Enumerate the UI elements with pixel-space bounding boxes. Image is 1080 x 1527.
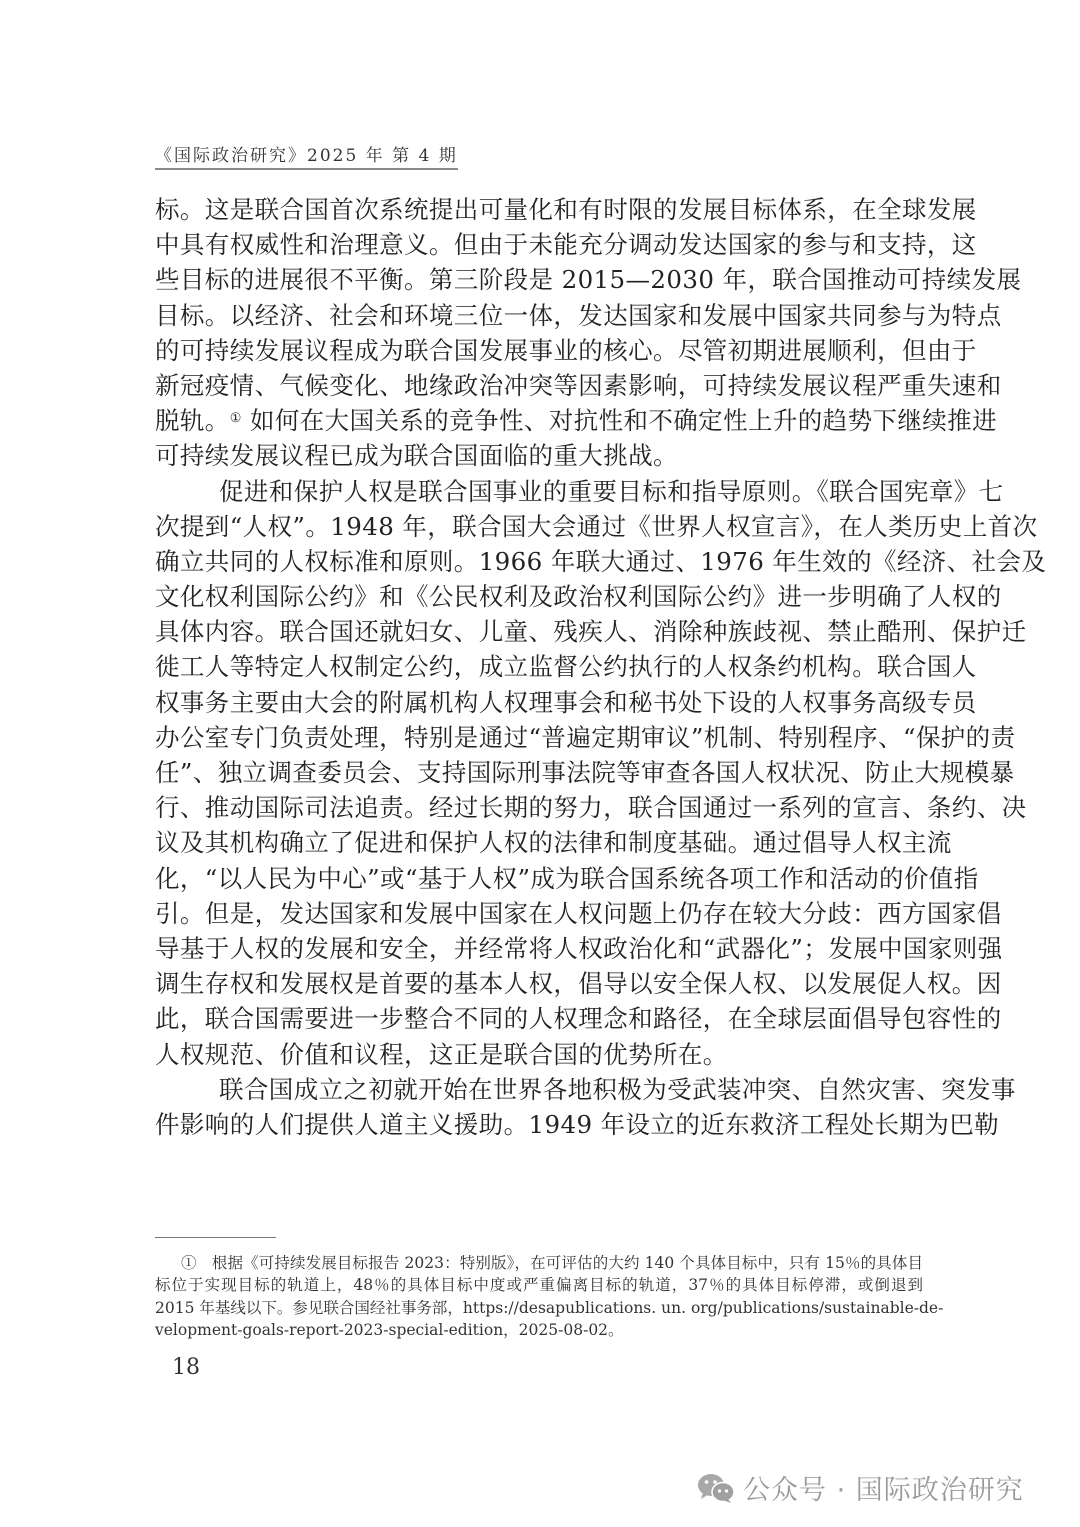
text-line: 的可持续发展议程成为联合国发展事业的核心。尽管初期进展顺利，但由于 xyxy=(155,333,923,368)
page-number: 18 xyxy=(172,1355,200,1380)
text-line: 文化权利国际公约》和《公民权利及政治权利国际公约》进一步明确了人权的 xyxy=(155,579,923,614)
text-line-with-footnote: 脱轨。① 如何在大国关系的竞争性、对抗性和不确定性上升的趋势下继续推进 xyxy=(155,403,923,438)
text-line: 人权规范、价值和议程，这正是联合国的优势所在。 xyxy=(155,1037,923,1072)
footnote-reference[interactable]: ① xyxy=(230,411,242,426)
text-line: 行、推动国际司法追责。经过长期的努力，联合国通过一系列的宣言、条约、决 xyxy=(155,790,923,825)
wechat-icon xyxy=(697,1473,735,1503)
text-line: 调生存权和发展权是首要的基本人权，倡导以安全保人权、以发展促人权。因 xyxy=(155,966,923,1001)
text-line: 办公室专门负责处理，特别是通过“普遍定期审议”机制、特别程序、“保护的责 xyxy=(155,720,923,755)
watermark-text: 公众号 · 国际政治研究 xyxy=(743,1468,1024,1507)
wechat-watermark: 公众号 · 国际政治研究 xyxy=(697,1468,1024,1507)
text-line: 引。但是，发达国家和发展中国家在人权问题上仍存在较大分歧：西方国家倡 xyxy=(155,896,923,931)
text-line: 中具有权威性和治理意义。但由于未能充分调动发达国家的参与和支持，这 xyxy=(155,227,923,262)
text-line: 些目标的进展很不平衡。第三阶段是 2015—2030 年，联合国推动可持续发展 xyxy=(155,262,923,297)
text-line: 新冠疫情、气候变化、地缘政治冲突等因素影响，可持续发展议程严重失速和 xyxy=(155,368,923,403)
footnote-line: ① 根据《可持续发展目标报告 2023：特别版》，在可评估的大约 140 个具体… xyxy=(155,1252,923,1274)
text-line: 次提到“人权”。1948 年，联合国大会通过《世界人权宣言》，在人类历史上首次 xyxy=(155,509,923,544)
text-line: 导基于人权的发展和安全，并经常将人权政治化和“武器化”；发展中国家则强 xyxy=(155,931,923,966)
running-header: 《国际政治研究》2025 年 第 4 期 xyxy=(155,146,458,170)
text-line: 任”、独立调查委员会、支持国际刑事法院等审查各国人权状况、防止大规模暴 xyxy=(155,755,923,790)
paragraph-sustainable-development: 标。这是联合国首次系统提出可量化和有时限的发展目标体系，在全球发展 中具有权威性… xyxy=(155,192,923,474)
text-line: 可持续发展议程已成为联合国面临的重大挑战。 xyxy=(155,438,923,473)
text-line: 确立共同的人权标准和原则。1966 年联大通过、1976 年生效的《经济、社会及 xyxy=(155,544,923,579)
footnotes: ① 根据《可持续发展目标报告 2023：特别版》，在可评估的大约 140 个具体… xyxy=(155,1252,923,1341)
text-line: 联合国成立之初就开始在世界各地积极为受武装冲突、自然灾害、突发事 xyxy=(155,1072,923,1107)
text-line: 化，“以人民为中心”或“基于人权”成为联合国系统各项工作和活动的价值指 xyxy=(155,861,923,896)
footnote-line: 2015 年基线以下。参见联合国经社事务部，https://desapublic… xyxy=(155,1297,923,1319)
journal-issue-title: 《国际政治研究》2025 年 第 4 期 xyxy=(155,146,458,166)
text-line: 具体内容。联合国还就妇女、儿童、残疾人、消除种族歧视、禁止酷刑、保护迁 xyxy=(155,614,923,649)
paragraph-humanitarian-aid: 联合国成立之初就开始在世界各地积极为受武装冲突、自然灾害、突发事 件影响的人们提… xyxy=(155,1072,923,1142)
text-line: 促进和保护人权是联合国事业的重要目标和指导原则。《联合国宪章》七 xyxy=(155,474,923,509)
article-body: 标。这是联合国首次系统提出可量化和有时限的发展目标体系，在全球发展 中具有权威性… xyxy=(155,192,923,1142)
text-line: 标。这是联合国首次系统提出可量化和有时限的发展目标体系，在全球发展 xyxy=(155,192,923,227)
footnote-1: ① 根据《可持续发展目标报告 2023：特别版》，在可评估的大约 140 个具体… xyxy=(155,1252,923,1341)
footnote-separator xyxy=(155,1237,276,1238)
text-line: 权事务主要由大会的附属机构人权理事会和秘书处下设的人权事务高级专员 xyxy=(155,685,923,720)
text-line: 徙工人等特定人权制定公约，成立监督公约执行的人权条约机构。联合国人 xyxy=(155,649,923,684)
text-line: 目标。以经济、社会和环境三位一体，发达国家和发展中国家共同参与为特点 xyxy=(155,298,923,333)
footnote-line: 标位于实现目标的轨道上，48％的具体目标中度或严重偏离目标的轨道，37％的具体目… xyxy=(155,1274,923,1296)
footnote-text: 根据《可持续发展目标报告 2023：特别版》，在可评估的大约 140 个具体目标… xyxy=(212,1254,923,1272)
text-line: 件影响的人们提供人道主义援助。1949 年设立的近东救济工程处长期为巴勒 xyxy=(155,1107,923,1142)
text-line: 议及其机构确立了促进和保护人权的法律和制度基础。通过倡导人权主流 xyxy=(155,825,923,860)
text-segment: 如何在大国关系的竞争性、对抗性和不确定性上升的趋势下继续推进 xyxy=(250,406,997,435)
footnote-marker: ① xyxy=(181,1254,197,1272)
footnote-line: velopment-goals-report-2023-special-edit… xyxy=(155,1319,923,1341)
text-line: 此，联合国需要进一步整合不同的人权理念和路径，在全球层面倡导包容性的 xyxy=(155,1001,923,1036)
text-segment: 脱轨。 xyxy=(155,406,230,435)
paragraph-human-rights: 促进和保护人权是联合国事业的重要目标和指导原则。《联合国宪章》七 次提到“人权”… xyxy=(155,474,923,1072)
